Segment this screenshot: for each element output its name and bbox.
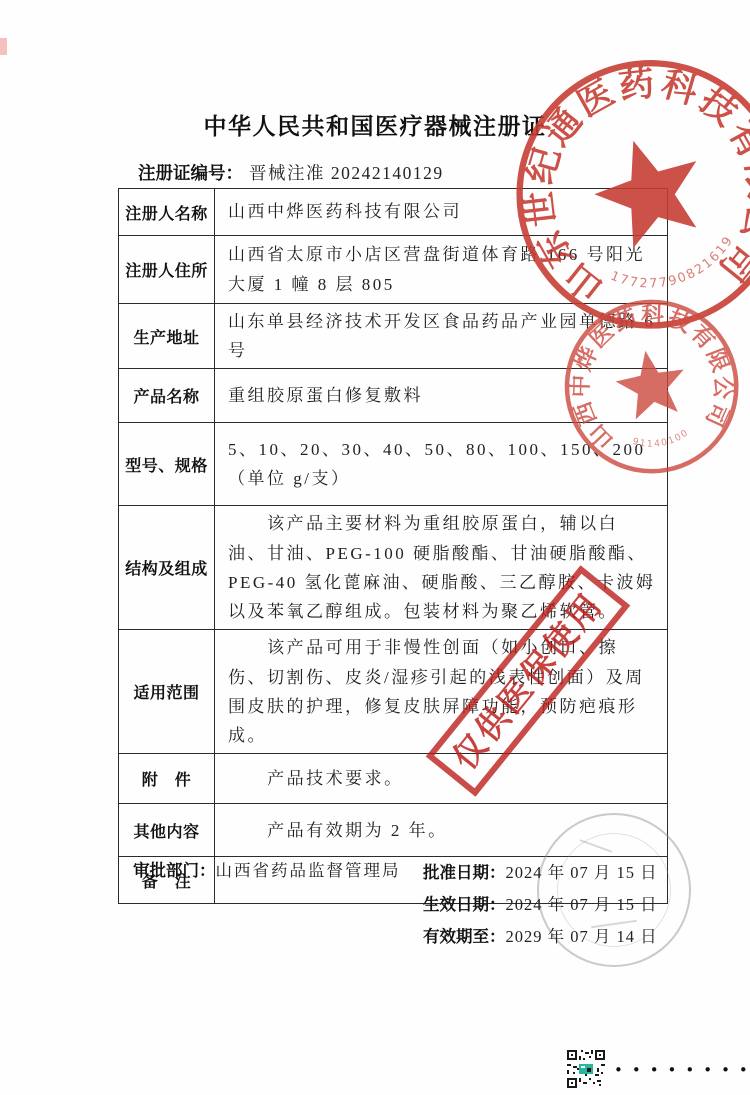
row-label: 适用范围 — [119, 630, 215, 754]
approval-department-line: 审批部门：山西省药品监督管理局 — [133, 857, 401, 881]
row-label: 型号、规格 — [119, 423, 215, 506]
expiry-date-label: 有效期至： — [423, 928, 506, 946]
dot-separator: •••••••• — [614, 1061, 750, 1079]
table-row: 注册人住所 山西省太原市小店区营盘街道体育路 166 号阳光大厦 1 幢 8 层… — [119, 236, 668, 304]
date-block: 批准日期：2024 年 07 月 15 日 生效日期：2024 年 07 月 1… — [423, 857, 658, 953]
approval-date-line: 批准日期：2024 年 07 月 15 日 — [423, 857, 658, 889]
approval-department-value: 山西省药品监督管理局 — [216, 861, 401, 880]
qr-code — [567, 1050, 605, 1088]
table-row: 附 件 产品技术要求。 — [119, 754, 668, 804]
row-label: 结构及组成 — [119, 506, 215, 630]
registration-number-value: 晋械注准 20242140129 — [249, 163, 444, 183]
expiry-date-value: 2029 年 07 月 14 日 — [506, 927, 658, 946]
approval-date-value: 2024 年 07 月 15 日 — [506, 863, 658, 882]
registration-number-line: 注册证编号：晋械注准 20242140129 — [138, 160, 444, 185]
table-row: 型号、规格 5、10、20、30、40、50、80、100、150、200（单位… — [119, 423, 668, 506]
approval-date-label: 批准日期： — [423, 864, 506, 882]
effective-date-label: 生效日期： — [423, 896, 506, 914]
certificate-table: 注册人名称 山西中烨医药科技有限公司 注册人住所 山西省太原市小店区营盘街道体育… — [118, 188, 668, 904]
ghost-mark — [580, 839, 613, 853]
approval-department-label: 审批部门： — [133, 862, 216, 880]
row-label: 产品名称 — [119, 369, 215, 423]
table-row: 注册人名称 山西中烨医药科技有限公司 — [119, 189, 668, 236]
row-value: 山西中烨医药科技有限公司 — [215, 189, 668, 236]
row-label: 其他内容 — [119, 804, 215, 857]
row-value: 该产品可用于非慢性创面（如小创口、擦伤、切割伤、皮炎/湿疹引起的浅表性创面）及周… — [215, 630, 668, 754]
table-row: 生产地址 山东单县经济技术开发区食品药品产业园单德路 6 号 — [119, 304, 668, 369]
certificate-title: 中华人民共和国医疗器械注册证 — [0, 108, 750, 141]
table-row: 产品名称 重组胶原蛋白修复敷料 — [119, 369, 668, 423]
row-value: 重组胶原蛋白修复敷料 — [215, 369, 668, 423]
row-value: 5、10、20、30、40、50、80、100、150、200（单位 g/支） — [215, 423, 668, 506]
certificate-page: 中华人民共和国医疗器械注册证 注册证编号：晋械注准 20242140129 注册… — [0, 0, 750, 1095]
scan-artifact — [0, 38, 7, 55]
registration-number-label: 注册证编号： — [138, 163, 243, 183]
row-label: 注册人名称 — [119, 189, 215, 236]
row-value: 山东单县经济技术开发区食品药品产业园单德路 6 号 — [215, 304, 668, 369]
expiry-date-line: 有效期至：2029 年 07 月 14 日 — [423, 921, 658, 953]
row-value: 山西省太原市小店区营盘街道体育路 166 号阳光大厦 1 幢 8 层 805 — [215, 236, 668, 304]
effective-date-value: 2024 年 07 月 15 日 — [506, 895, 658, 914]
effective-date-line: 生效日期：2024 年 07 月 15 日 — [423, 889, 658, 921]
row-label: 附 件 — [119, 754, 215, 804]
row-label: 生产地址 — [119, 304, 215, 369]
row-label: 注册人住所 — [119, 236, 215, 304]
